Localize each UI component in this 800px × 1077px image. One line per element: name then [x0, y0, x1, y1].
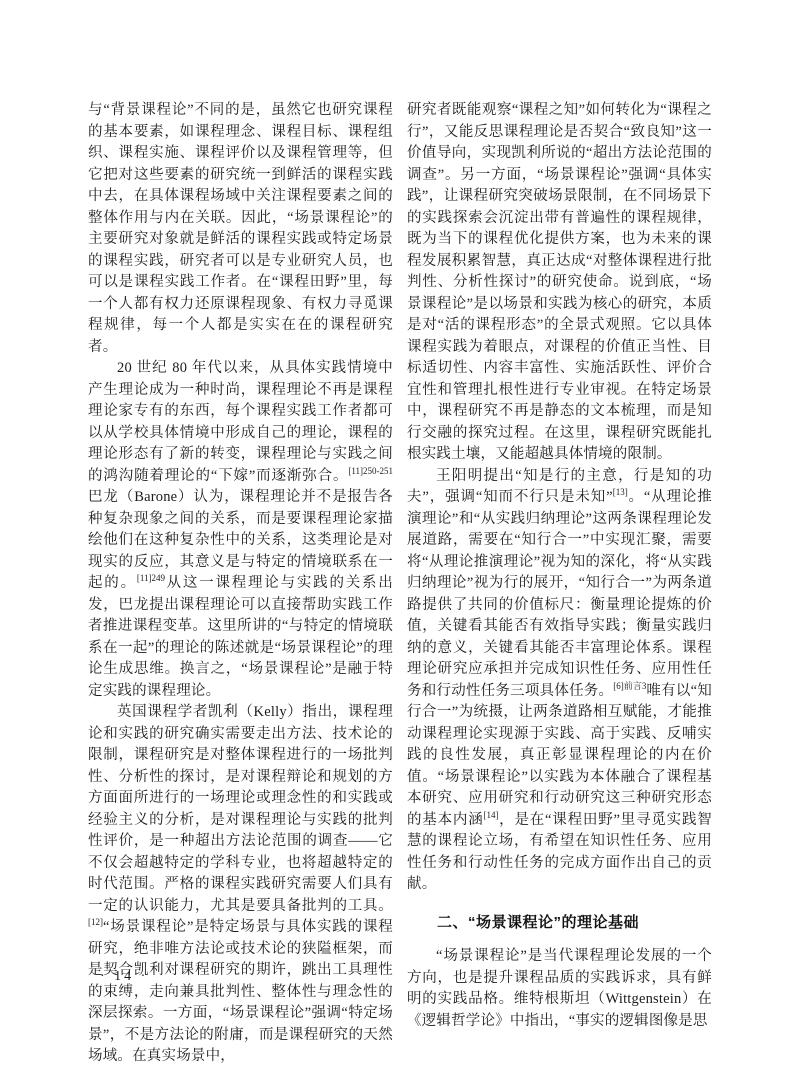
citation-superscript: [11]249	[137, 573, 165, 583]
right-text-column: 研究者既能观察“课程之知”如何转化为“课程之行”，又能反思课程理论是否契合“致良…	[407, 100, 712, 1032]
body-paragraph: “场景课程论”是当代课程理论发展的一个方向，也是提升课程品质的实践诉求，具有鲜明…	[407, 946, 712, 1032]
citation-superscript: [12]	[88, 917, 103, 927]
body-paragraph: 研究者既能观察“课程之知”如何转化为“课程之行”，又能反思课程理论是否契合“致良…	[407, 100, 712, 466]
section-heading: 二、“场景课程论”的理论基础	[407, 912, 712, 934]
citation-superscript: [13]	[613, 487, 628, 497]
body-paragraph: 20 世纪 80 年代以来，从具体实践情境中产生理论成为一种时尚，课程理论不再是…	[88, 358, 393, 702]
body-paragraph: 王阳明提出“知是行的主意，行是知的功夫”，强调“知而不行只是未知”[13]。“从…	[407, 466, 712, 896]
body-paragraph: 英国课程学者凯利（Kelly）指出，课程理论和实践的研究确实需要走出方法、技术论…	[88, 702, 393, 1068]
body-paragraph: 与“背景课程论”不同的是，虽然它也研究课程的基本要素，如课程理念、课程目标、课程…	[88, 100, 393, 358]
citation-superscript: [14]	[484, 810, 499, 820]
citation-superscript: [11]250-251	[348, 466, 393, 476]
document-page: 与“背景课程论”不同的是，虽然它也研究课程的基本要素，如课程理念、课程目标、课程…	[0, 0, 800, 1077]
citation-superscript: [6]前言3	[613, 681, 646, 691]
page-number: · 14 ·	[100, 969, 148, 985]
left-text-column: 与“背景课程论”不同的是，虽然它也研究课程的基本要素，如课程理念、课程目标、课程…	[88, 100, 393, 1068]
